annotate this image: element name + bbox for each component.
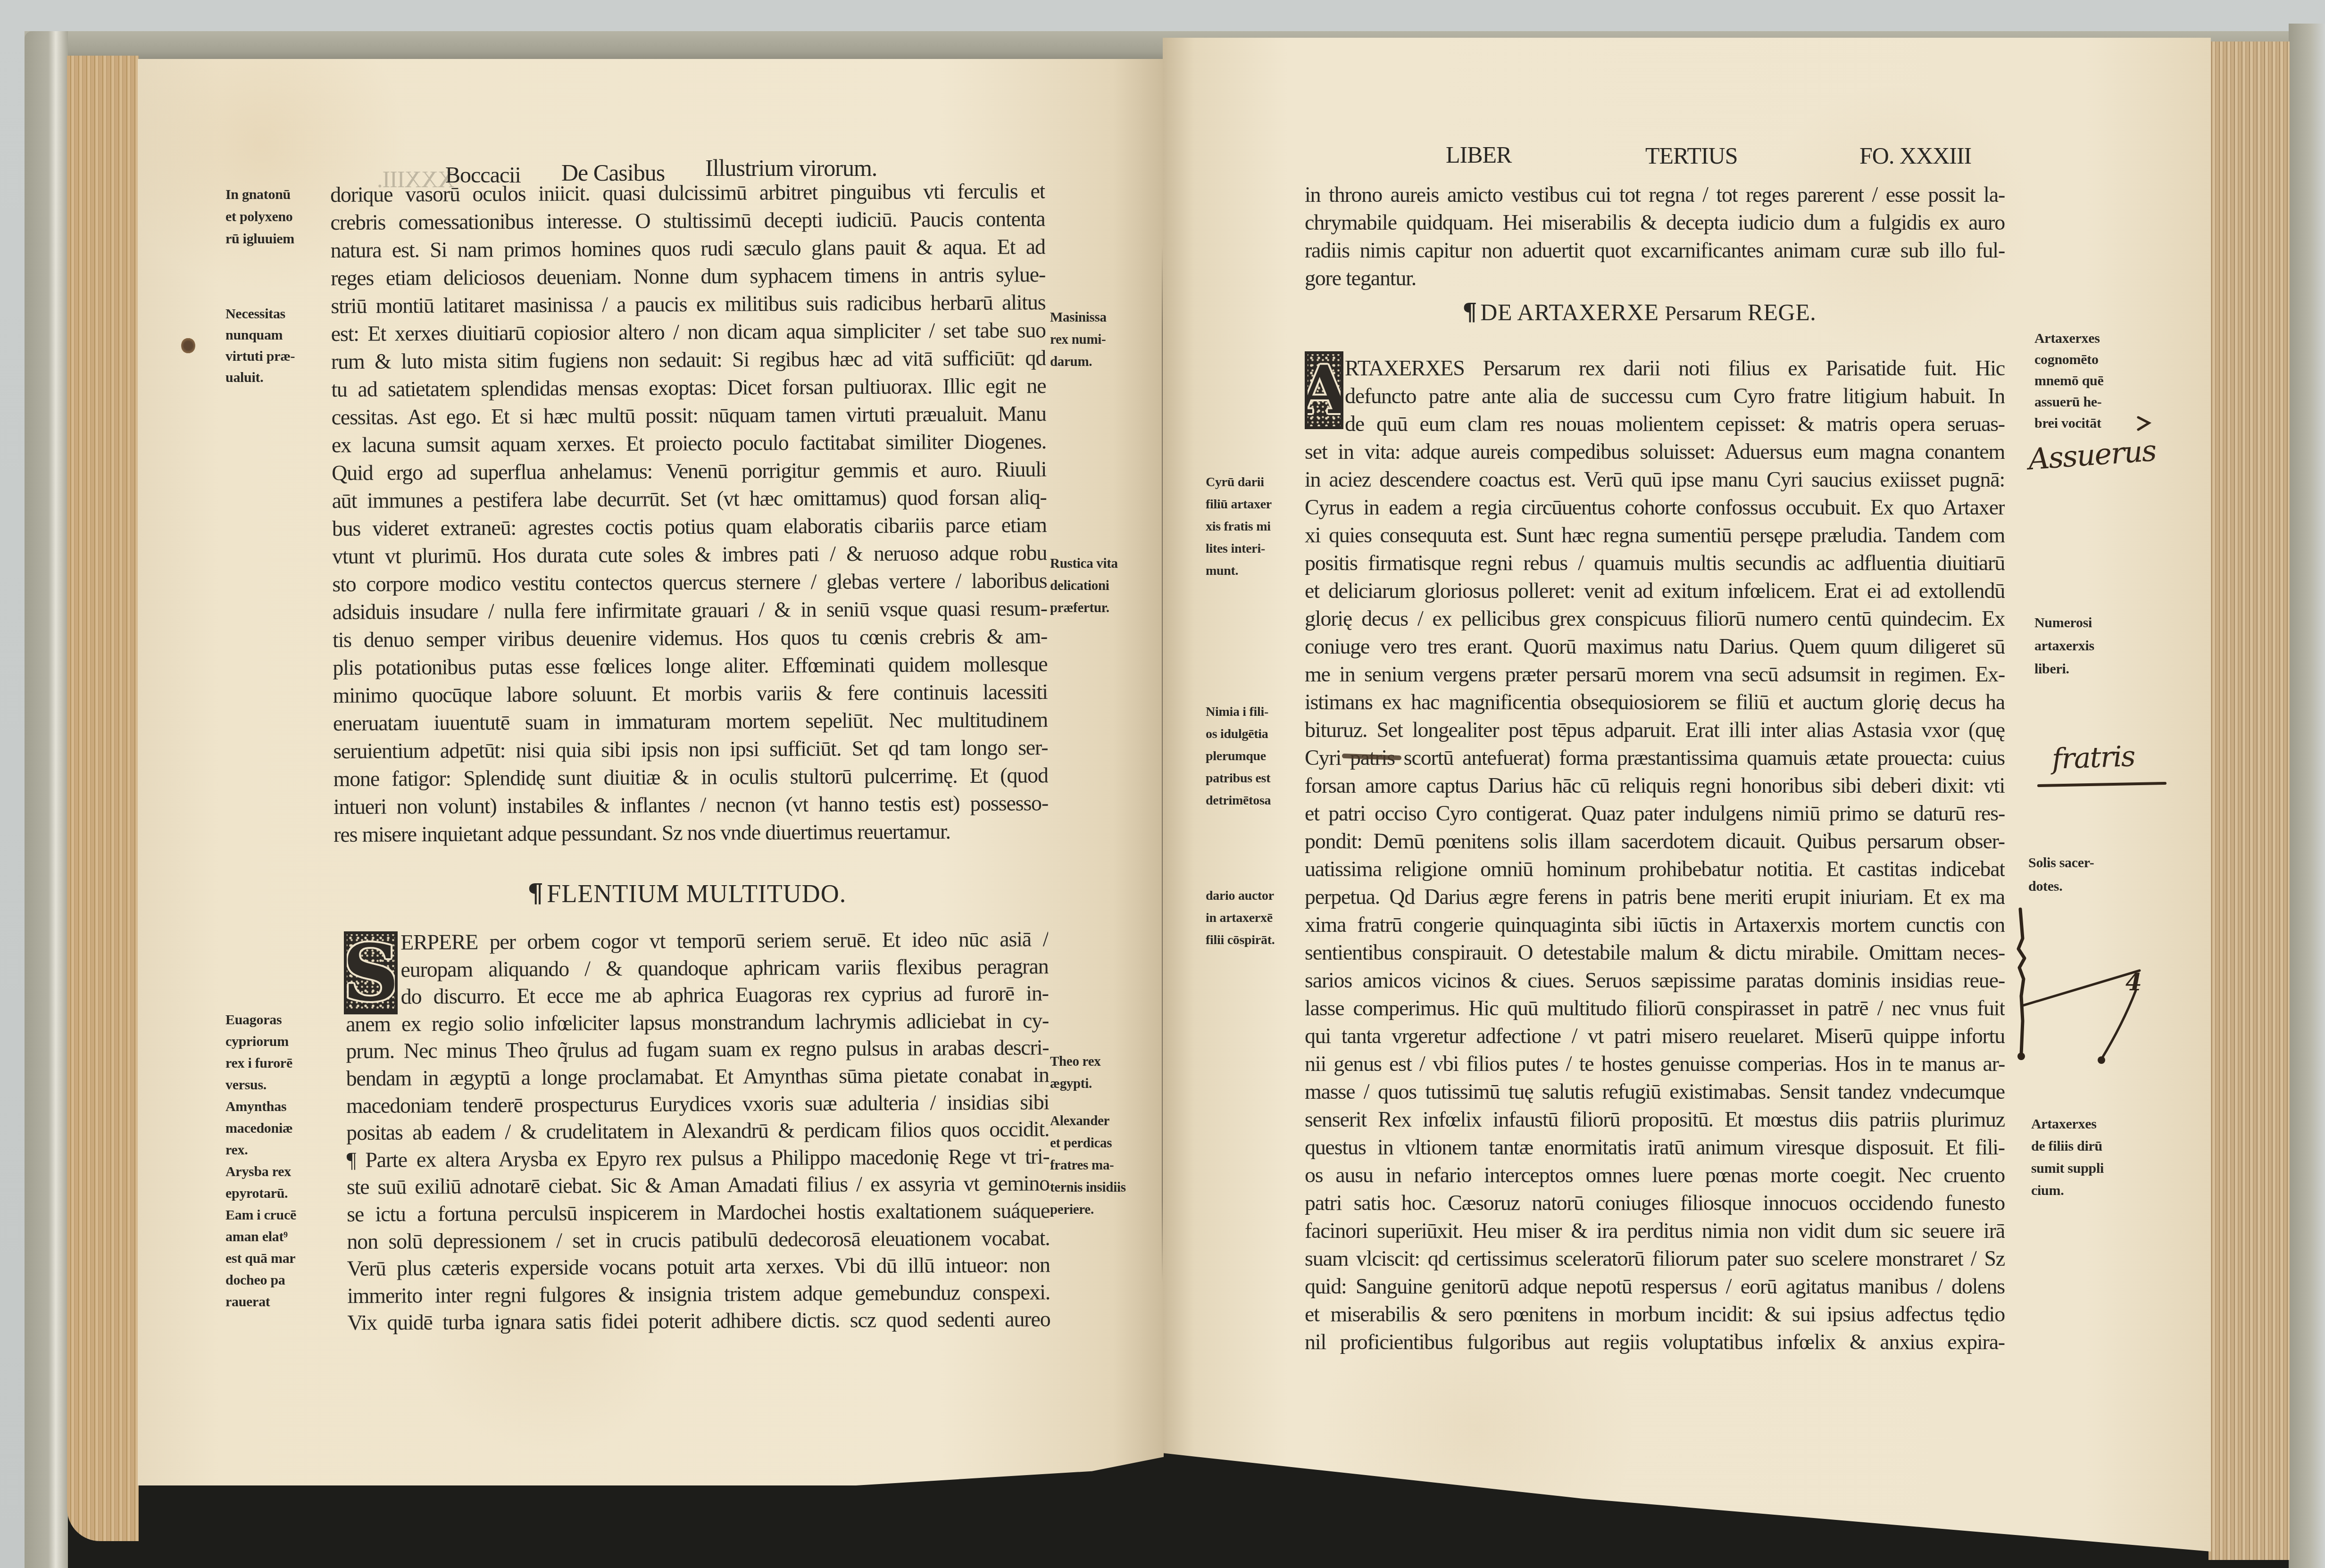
handwritten-marker-4: 4 (2125, 968, 2142, 996)
pen-dot (2098, 1056, 2105, 1064)
caret-mark-icon (2138, 417, 2149, 430)
pointer-line (2023, 971, 2140, 1005)
bracket-line (2018, 909, 2025, 1054)
pointer-line (2101, 990, 2136, 1059)
pen-annotation-marks: 4 (0, 0, 2325, 1568)
open-book-photo: XXXIII. Boccacii De Casibus Illustrium v… (0, 0, 2325, 1568)
pen-dot (2017, 1053, 2025, 1060)
underline-patris (1344, 756, 1399, 758)
underline-fratris (2039, 783, 2165, 786)
